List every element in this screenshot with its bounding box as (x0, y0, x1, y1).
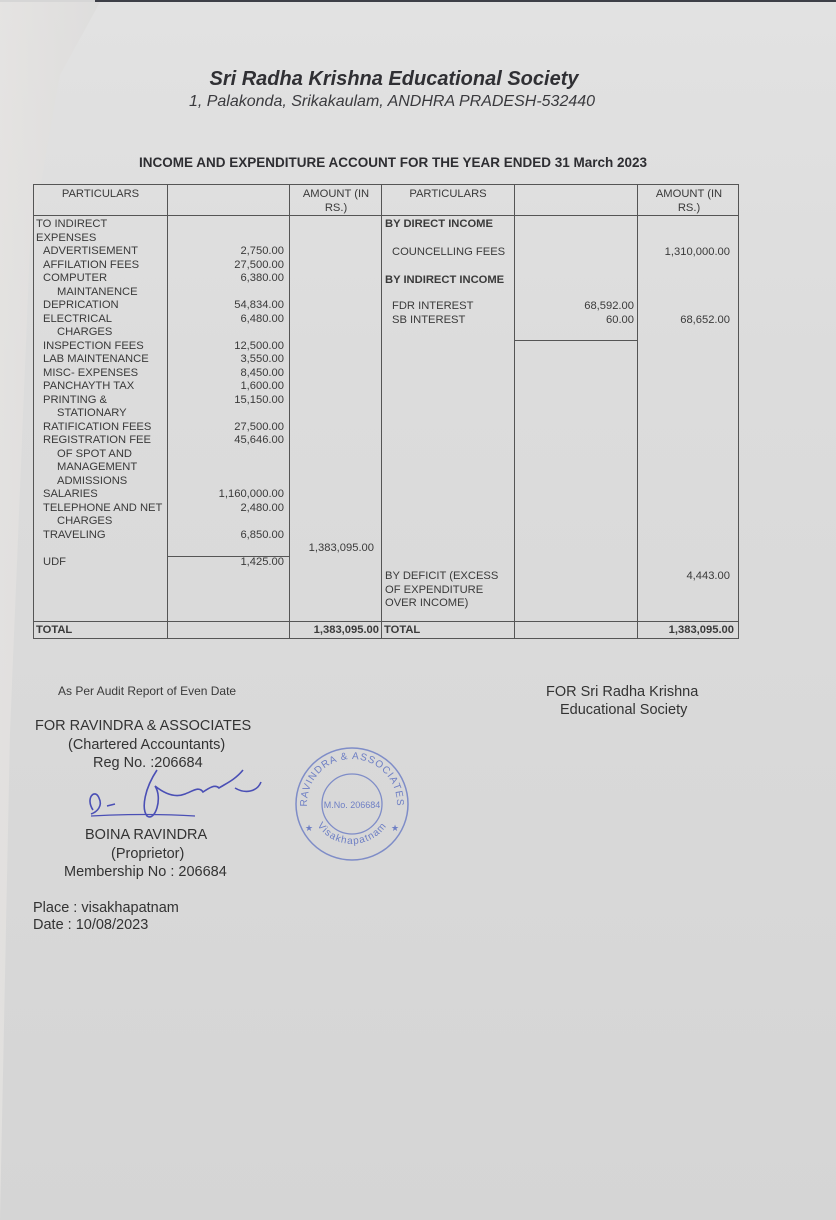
deficit-amount: 4,443.00 (638, 570, 730, 584)
date: Date : 10/08/2023 (33, 917, 148, 933)
expense-item-amount: 12,500.00 (168, 340, 284, 354)
audit-note: As Per Audit Report of Even Date (58, 684, 236, 698)
income-item-amount: 60.00 (515, 314, 634, 328)
organization-name: Sri Radha Krishna Educational Society (0, 68, 788, 91)
membership-number: Membership No : 206684 (64, 864, 227, 880)
deficit-label: BY DEFICIT (EXCESS OF EXPENDITURE OVER I… (385, 570, 505, 611)
header-particulars-right: PARTICULARS (382, 188, 514, 202)
subtotal-line (514, 340, 637, 341)
expense-item-amount: 6,380.00 (168, 272, 284, 286)
auditor-signature (85, 758, 265, 824)
society-sign-line1: FOR Sri Radha Krishna (546, 684, 698, 700)
stamp-star-icon: ★ (391, 823, 399, 833)
society-sign-line2: Educational Society (560, 702, 687, 718)
col-divider (289, 185, 290, 638)
expense-item-label: REGISTRATION FEEOF SPOT ANDMANAGEMENTADM… (43, 434, 168, 488)
expense-item-label: MISC- EXPENSES (43, 367, 168, 381)
expense-item-label: COMPUTERMAINTANENCE (43, 272, 168, 299)
expense-item-amount: 15,150.00 (168, 394, 284, 408)
signatory-name: BOINA RAVINDRA (85, 827, 207, 843)
income-item-label: COUNCELLING FEES (392, 246, 514, 260)
header-particulars-left: PARTICULARS (34, 188, 167, 202)
document-title: INCOME AND EXPENDITURE ACCOUNT FOR THE Y… (0, 155, 786, 170)
expense-item-amount: 1,160,000.00 (168, 488, 284, 502)
total-label-right: TOTAL (384, 624, 484, 638)
indirect-income-total: 68,652.00 (638, 314, 730, 328)
expense-item-label: SALARIES (43, 488, 168, 502)
expense-item-label: AFFILATION FEES (43, 259, 168, 273)
income-item-label: SB INTEREST (392, 314, 514, 328)
stamp-center: M.No. 206684 (324, 800, 381, 810)
auditor-seal-stamp: RAVINDRA & ASSOCIATES Visakhapatnam M.No… (293, 745, 411, 863)
expense-item-label: TELEPHONE AND NETCHARGES (43, 502, 168, 529)
expense-item-amount: 1,425.00 (168, 556, 284, 570)
expense-item-amount: 6,480.00 (168, 313, 284, 327)
income-item-label: FDR INTEREST (392, 300, 514, 314)
expense-item-label: INSPECTION FEES (43, 340, 168, 354)
expense-item-label: UDF (43, 556, 168, 570)
expense-item-amount: 54,834.00 (168, 299, 284, 313)
expense-group-label: TO INDIRECT EXPENSES (36, 218, 156, 245)
expense-item-amount: 27,500.00 (168, 259, 284, 273)
expense-item-label: ADVERTISEMENT (43, 245, 168, 259)
svg-text:RAVINDRA & ASSOCIATES: RAVINDRA & ASSOCIATES (299, 751, 405, 807)
expense-item-amount: 3,550.00 (168, 353, 284, 367)
total-divider (34, 621, 738, 622)
expense-item-label: LAB MAINTENANCE (43, 353, 168, 367)
expense-group-total: 1,383,095.00 (289, 542, 374, 556)
auditor-firm: FOR RAVINDRA & ASSOCIATES (35, 718, 251, 734)
indirect-income-label: BY INDIRECT INCOME (385, 274, 515, 288)
total-amount-left: 1,383,095.00 (289, 624, 379, 638)
expense-item-label: TRAVELING (43, 529, 168, 556)
stamp-star-icon: ★ (305, 823, 313, 833)
income-item-amount: 68,592.00 (515, 300, 634, 314)
col-divider (381, 185, 382, 638)
expense-item-label: ELECTRICALCHARGES (43, 313, 168, 340)
expense-item-label: PRINTING &STATIONARY (43, 394, 168, 421)
organization-address: 1, Palakonda, Srikakaulam, ANDHRA PRADES… (0, 93, 784, 111)
col-divider (514, 185, 515, 638)
expense-item-label: PANCHAYTH TAX (43, 380, 168, 394)
direct-income-label: BY DIRECT INCOME (385, 218, 515, 232)
header-divider (34, 215, 738, 216)
place: Place : visakhapatnam (33, 900, 179, 916)
expense-item-label: RATIFICATION FEES (43, 421, 168, 435)
auditor-firm-type: (Chartered Accountants) (68, 737, 225, 753)
stamp-ring-top: RAVINDRA & ASSOCIATES (299, 751, 405, 807)
expense-item-amount: 6,850.00 (168, 529, 284, 543)
expense-item-amount: 2,750.00 (168, 245, 284, 259)
income-item-amount: 1,310,000.00 (638, 246, 730, 260)
total-label-left: TOTAL (36, 624, 136, 638)
header-amount-left: AMOUNT (IN RS.) (296, 188, 376, 215)
expense-item-amount: 27,500.00 (168, 421, 284, 435)
signatory-role: (Proprietor) (111, 846, 184, 862)
total-amount-right: 1,383,095.00 (638, 624, 734, 638)
expense-item-amount: 45,646.00 (168, 434, 284, 448)
income-expenditure-table: PARTICULARS AMOUNT (IN RS.) PARTICULARS … (33, 184, 739, 639)
expense-item-amount: 8,450.00 (168, 367, 284, 381)
header-amount-right: AMOUNT (IN RS.) (644, 188, 734, 215)
expense-item-amount: 2,480.00 (168, 502, 284, 516)
expense-item-amount: 1,600.00 (168, 380, 284, 394)
expense-item-label: DEPRICATION (43, 299, 168, 313)
